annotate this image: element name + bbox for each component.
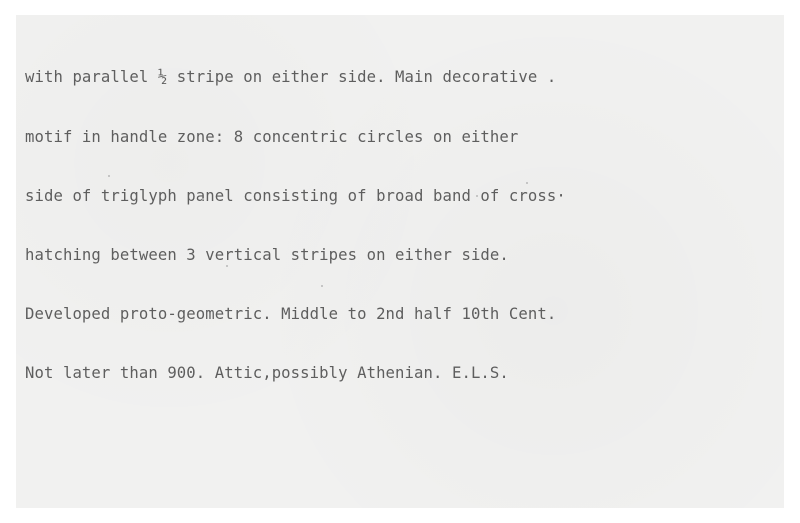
typed-description: with parallel ½ stripe on either side. M…	[25, 29, 566, 423]
text-line: motif in handle zone: 8 concentric circl…	[25, 128, 566, 148]
paper-speck	[108, 175, 110, 177]
paper-speck	[526, 182, 528, 184]
text-line: Not later than 900. Attic,possibly Athen…	[25, 364, 566, 384]
paper-speck	[202, 198, 204, 200]
paper-speck	[226, 265, 228, 267]
text-line: hatching between 3 vertical stripes on e…	[25, 246, 566, 266]
text-line: side of triglyph panel consisting of bro…	[25, 187, 566, 207]
catalog-card: with parallel ½ stripe on either side. M…	[16, 15, 784, 508]
paper-speck	[476, 195, 478, 197]
paper-speck	[321, 285, 323, 287]
text-line: Developed proto-geometric. Middle to 2nd…	[25, 305, 566, 325]
text-line: with parallel ½ stripe on either side. M…	[25, 68, 566, 88]
